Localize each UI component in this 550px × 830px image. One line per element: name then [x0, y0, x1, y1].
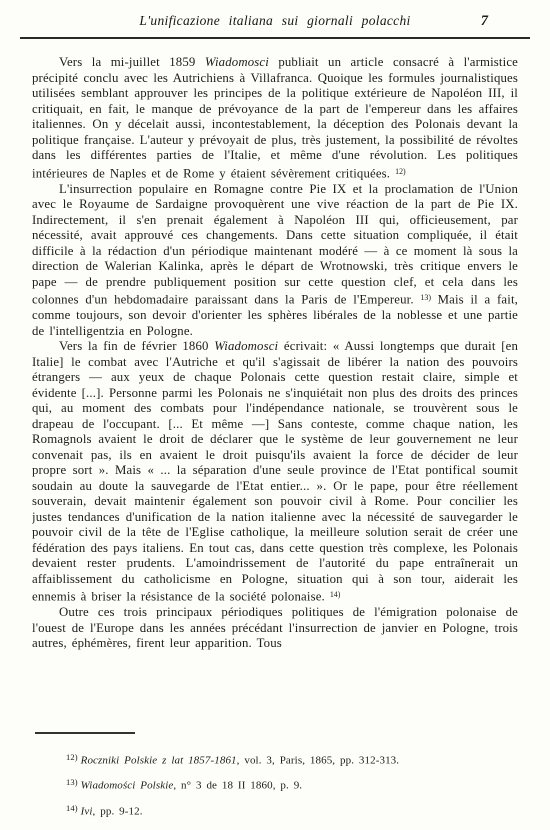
footnotes: 12)Roczniki Polskie z lat 1857-1861, vol… [66, 751, 512, 827]
text-run: publiait un article consacré à l'armisti… [32, 55, 518, 180]
text-run: Vers la fin de février 1860 [59, 339, 214, 353]
footnote-item: 13)Wiadomości Polskie, n° 3 de 18 II 186… [66, 776, 512, 792]
body-text: Vers la mi-juillet 1859 Wiadomosci publi… [32, 55, 518, 731]
text-run: Vers la mi-juillet 1859 [59, 55, 205, 69]
page-number: 7 [481, 13, 488, 30]
document-page: L'unificazione italiana sui giornali pol… [0, 0, 550, 830]
text-run: , pp. 9-12. [93, 805, 143, 817]
text-run: L'insurrection populaire en Romagne cont… [32, 182, 518, 307]
paragraph: Outre ces trois principaux périodiques p… [32, 605, 518, 652]
italic-text-run: Wiadomosci [205, 55, 269, 69]
italic-text-run: Wiadomości Polskie [81, 780, 174, 792]
page-header: L'unificazione italiana sui giornali pol… [20, 13, 530, 35]
paragraph: Vers la fin de février 1860 Wiadomosci é… [32, 339, 518, 605]
footnote-separator [35, 732, 135, 734]
footnote-item: 12)Roczniki Polskie z lat 1857-1861, vol… [66, 751, 512, 767]
text-run: Outre ces trois principaux périodiques p… [32, 605, 518, 650]
running-title: L'unificazione italiana sui giornali pol… [20, 13, 530, 29]
italic-text-run: Wiadomosci [214, 339, 278, 353]
italic-text-run: Roczniki Polskie z lat 1857-1861 [81, 754, 237, 766]
footnote-ref: 12) [395, 167, 406, 176]
footnote-marker: 12) [66, 752, 81, 762]
text-run: , vol. 3, Paris, 1865, pp. 312-313. [237, 754, 399, 766]
paragraph: Vers la mi-juillet 1859 Wiadomosci publi… [32, 55, 518, 182]
footnote-marker: 14) [66, 803, 81, 813]
footnote-ref: 13) [420, 293, 431, 302]
paragraph: L'insurrection populaire en Romagne cont… [32, 182, 518, 340]
footnote-item: 14)Ivi, pp. 9-12. [66, 802, 512, 818]
footnote-marker: 13) [66, 777, 81, 787]
header-rule [20, 37, 530, 39]
italic-text-run: Ivi [81, 805, 93, 817]
text-run: écrivait: « Aussi longtemps que durait [… [32, 339, 518, 604]
footnote-ref: 14) [330, 590, 341, 599]
text-run: , n° 3 de 18 II 1860, p. 9. [173, 780, 302, 792]
